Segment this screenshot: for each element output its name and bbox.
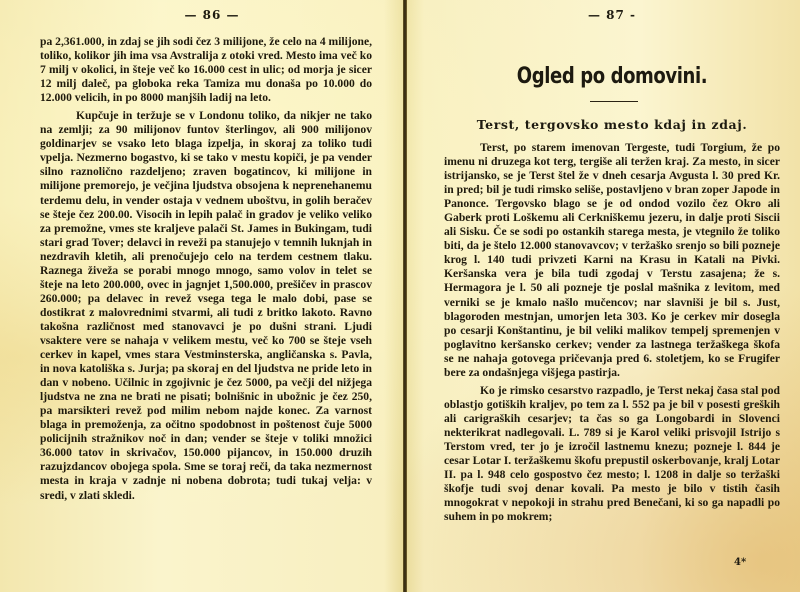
article-title: Terst, tergovsko mesto kdaj in zdaj. — [444, 117, 780, 132]
page-number-left: — 86 — — [0, 8, 404, 22]
book-spread: — 86 — pa 2,361.000, in zdaj se jih sodi… — [0, 0, 800, 592]
left-page: — 86 — pa 2,361.000, in zdaj se jih sodi… — [0, 0, 404, 592]
page-number-right: — 87 - — [404, 8, 800, 22]
signature-mark: 4* — [734, 557, 746, 568]
paragraph: Ko je rimsko cesarstvo razpadlo, je Ters… — [444, 384, 780, 524]
right-page-body: Terst, po starem imenovan Tergeste, tudi… — [444, 141, 780, 524]
section-heading: Ogled po domovini. — [474, 64, 750, 89]
paragraph: pa 2,361.000, in zdaj se jih sodi čez 3 … — [40, 35, 372, 105]
left-page-body: pa 2,361.000, in zdaj se jih sodi čez 3 … — [40, 35, 372, 503]
paragraph: Terst, po starem imenovan Tergeste, tudi… — [444, 141, 780, 380]
paragraph: Kupčuje in teržuje se v Londonu toliko, … — [40, 109, 372, 502]
right-page: — 87 - Ogled po domovini. Terst, tergovs… — [404, 0, 800, 592]
heading-rule — [590, 101, 638, 102]
